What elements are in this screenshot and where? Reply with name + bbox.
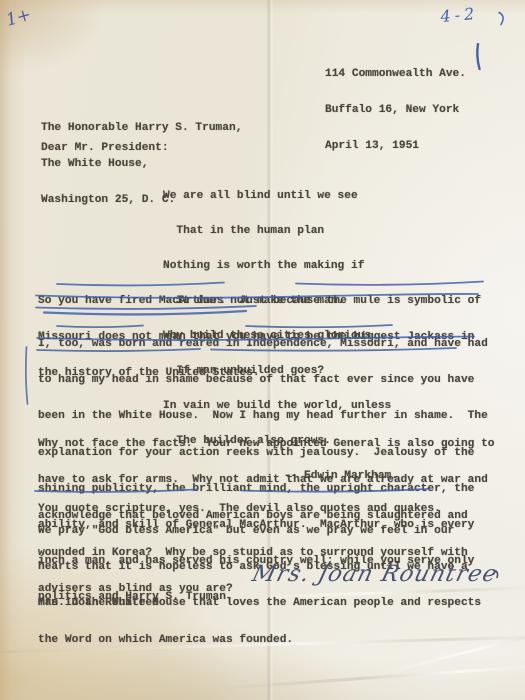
poem-line: We are all blind until we see [163, 191, 398, 202]
body-line: the Word on which America was founded. [38, 634, 481, 646]
paragraph-god-bless-america: We pray "God bless America" but even as … [38, 501, 481, 670]
sender-city-line: Buffalo 16, New York [325, 104, 466, 116]
typed-signature-name: Mrs. Joan Rountree [38, 597, 159, 609]
sender-street-line: 114 Commonwealth Ave. [325, 68, 466, 80]
margin-emphasis-line [26, 347, 28, 404]
body-line: hearts that it is hopeless to ask God's … [38, 561, 481, 573]
address-tick-mark [477, 44, 479, 69]
svg-text:1+: 1+ [4, 5, 34, 31]
top-right-mark-flourish [499, 13, 503, 25]
body-line: to hang my head in shame because of that… [38, 374, 488, 386]
recipient-name-line: The Honorable Harry S. Truman, [41, 122, 242, 134]
signature-trailing-mark [496, 571, 498, 578]
poem-line: That in the human plan [163, 226, 398, 237]
body-line: So you have fired MacArthur. Just becaus… [38, 295, 481, 307]
svg-text:4-2: 4-2 [439, 4, 479, 26]
top-right-pen-mark: 4-2 [439, 4, 479, 26]
salutation: Dear Mr. President: [41, 142, 169, 154]
sender-address-block: 114 Commonwealth Ave. Buffalo 16, New Yo… [325, 44, 466, 177]
letter-page: 114 Commonwealth Ave. Buffalo 16, New Yo… [0, 0, 525, 700]
top-left-pen-mark: 1+ [4, 5, 34, 31]
body-line: Why not face the facts. Your new appoint… [38, 438, 495, 450]
body-line: We pray "God bless America" but even as … [38, 525, 481, 537]
date-line: April 13, 1951 [325, 140, 466, 152]
body-line: I, too, was born and reared in Independe… [38, 338, 488, 350]
